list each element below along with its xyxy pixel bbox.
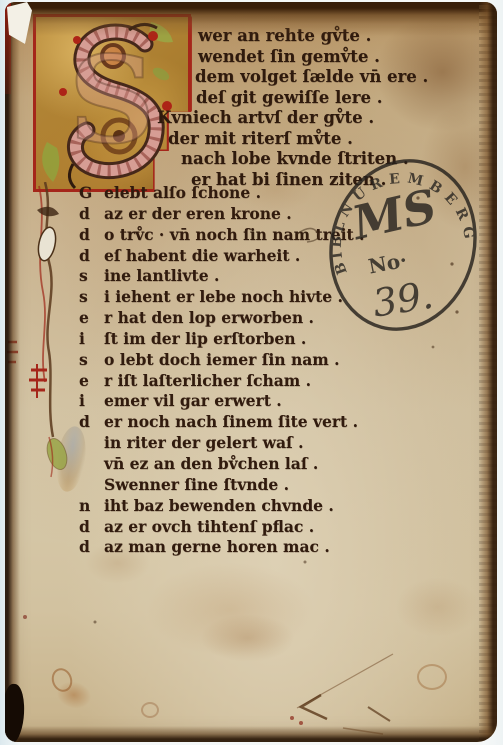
text-line: in riter der gelert waſ . [79,433,489,454]
stain [417,664,447,690]
line-text: eſ habent die warheit . [104,246,300,265]
marginal-initial: d [79,225,104,244]
line-text: az man gerne horen mac . [104,537,330,556]
marginal-initial: i [79,391,104,410]
stain [145,562,315,657]
text-line: iemer vil gar erwert . [79,391,489,412]
marginal-initial: d [79,537,104,556]
stamp-no-text: No· [366,248,408,279]
marginal-initial: d [79,412,104,431]
stain [48,665,75,694]
text-line: der noch nach ſinem ſite vert . [79,412,489,433]
marginal-initial: d [79,517,104,536]
marginal-initial: i [79,329,104,348]
text-line: Kvniech artvſ der gv̊te . [157,108,497,129]
line-text: elebt alſo ſchone . [104,183,261,202]
line-text: o lebt doch iemer ſin nam . [104,350,339,369]
line-text: emer vil gar erwert . [104,391,282,410]
line-text: er noch nach ſinem ſite vert . [104,412,358,431]
crack [368,707,390,721]
margin-flourish [13,182,83,502]
line-text: az er ovch tihtenſ pflac . [104,517,314,536]
crack [343,728,383,734]
stamp-number-text: 39. [370,273,437,326]
photo-background: S wer an rehte gv̊te . wendet ſin gemv̊t… [0,0,503,745]
text-line: so lebt doch iemer ſin nam . [79,350,489,371]
marginal-initial: s [79,287,104,306]
marginal-initial: s [79,350,104,369]
scratch-line [297,654,393,708]
marginal-initial: d [79,246,104,265]
stain [141,702,159,718]
text-line: niht baz bewenden chvnde . [79,496,489,517]
line-text: vn̄ ez an den bv̊chen laſ . [104,454,318,473]
text-line: vn̄ ez an den bv̊chen laſ . [79,454,489,475]
text-line: dem volget ſælde vn̄ ere . [195,67,497,88]
marginal-initial: e [79,308,104,327]
manuscript-page: S wer an rehte gv̊te . wendet ſin gemv̊t… [5,2,497,742]
spine-shadow-blob [5,683,27,742]
text-line: wer an rehte gv̊te . [198,26,497,47]
line-text: Swenner ſine ſtvnde . [104,475,289,494]
marginal-initial: n [79,496,104,515]
marginal-initial: e [79,371,104,390]
text-line: Swenner ſine ſtvnde . [79,475,489,496]
line-text: r iſt laſterlicher ſcham . [104,371,311,390]
text-line: daz man gerne horen mac . [79,537,489,558]
stain [54,678,94,712]
line-text: r hat den lop erworben . [104,308,314,327]
stain [395,577,480,637]
line-text: ſt im der lip erſtorben . [104,329,306,348]
text-line: daz er ovch tihtenſ pflac . [79,517,489,538]
text-line: wendet ſin gemv̊te . [198,47,497,68]
text-line: der mit riterſ mv̊te . [168,129,497,150]
library-stamp: BIBL NÜREMBERG MS No· 39. [303,148,497,343]
marginal-initial: s [79,266,104,285]
line-text: ine lantlivte . [104,266,219,285]
line-text: az er der eren krone . [104,204,292,223]
stain [200,614,295,662]
text-line: er iſt laſterlicher ſcham . [79,371,489,392]
page-edge-bottom [5,726,497,742]
marginal-initial: G [79,183,104,202]
text-line: deſ git gewiſſe lere . [196,88,497,109]
line-text: iht baz bewenden chvnde . [104,496,334,515]
crack [301,695,327,719]
line-text: in riter der gelert waſ . [104,433,303,452]
marginal-initial: d [79,204,104,223]
